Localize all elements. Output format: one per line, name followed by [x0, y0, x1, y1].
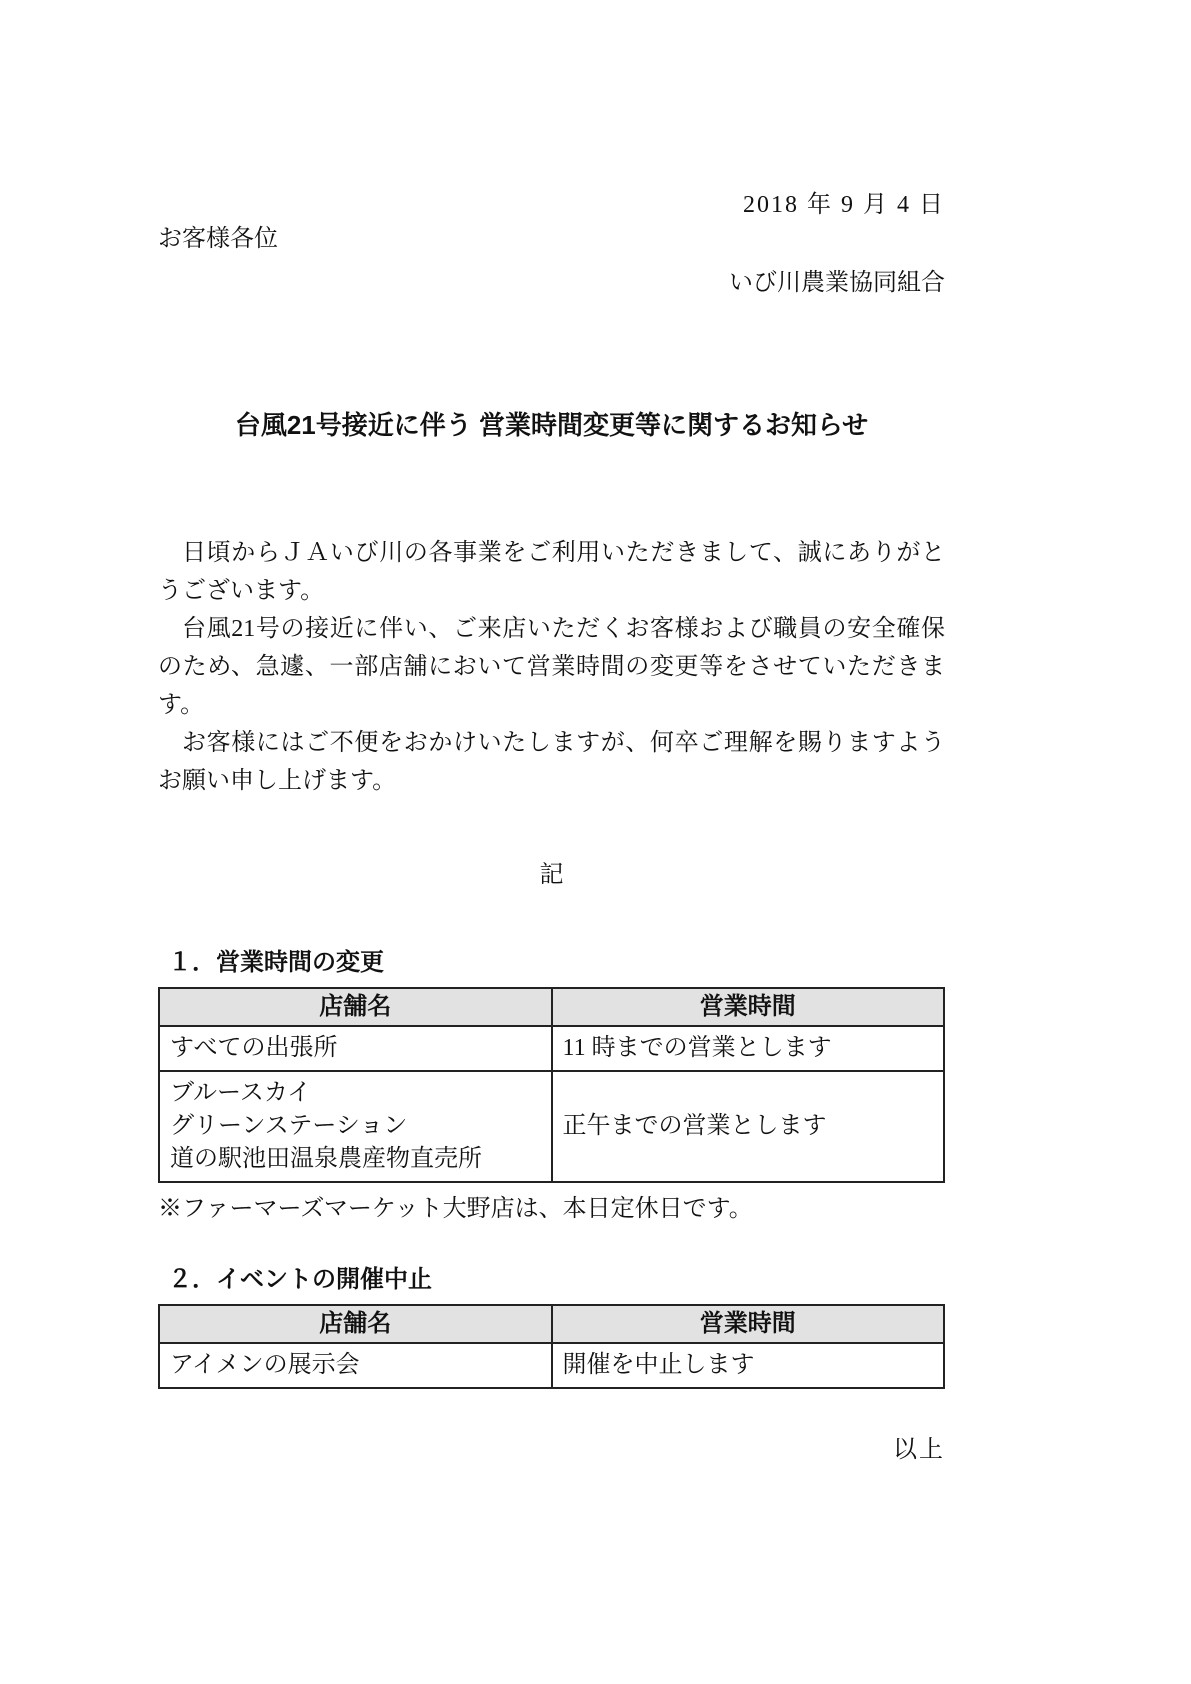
body-paragraph-1: 日頃からＪＡいび川の各事業をご利用いただきまして、誠にありがとうございます。: [158, 534, 945, 610]
body-paragraph-3: お客様にはご不便をおかけいたしますが、何卒ご理解を賜りますようお願い申し上げます…: [158, 724, 945, 800]
hours-cell: 開催を中止します: [552, 1343, 945, 1388]
column-header-store: 店舗名: [159, 1305, 552, 1343]
store-cell: ブルースカイ グリーンステーション 道の駅池田温泉農産物直売所: [159, 1071, 552, 1182]
holiday-note: ※ファーマーズマーケット大野店は、本日定休日です。: [158, 1193, 945, 1225]
hours-cell: 11 時までの営業とします: [552, 1026, 945, 1071]
section-1-heading: １．営業時間の変更: [158, 948, 945, 978]
notation-marker: 記: [158, 860, 945, 890]
table-row: アイメンの展示会 開催を中止します: [159, 1343, 944, 1388]
store-cell: すべての出張所: [159, 1026, 552, 1071]
column-header-hours: 営業時間: [552, 988, 945, 1026]
table-header-row: 店舗名 営業時間: [159, 1305, 944, 1343]
document-date: 2018 年 9 月 4 日: [158, 0, 945, 220]
document-page: 2018 年 9 月 4 日 お客様各位 いび川農業協同組合 台風21号接近に伴…: [0, 0, 1191, 1684]
body-paragraph-2: 台風21号の接近に伴い、ご来店いただくお客様および職員の安全確保のため、急遽、一…: [158, 610, 945, 724]
document-content: 2018 年 9 月 4 日 お客様各位 いび川農業協同組合 台風21号接近に伴…: [158, 0, 945, 1465]
column-header-store: 店舗名: [159, 988, 552, 1026]
sender-organization: いび川農業協同組合: [158, 268, 945, 298]
business-hours-table: 店舗名 営業時間 すべての出張所 11 時までの営業とします ブルースカイ グリ…: [158, 987, 945, 1183]
recipient: お客様各位: [158, 224, 945, 254]
body-text: 日頃からＪＡいび川の各事業をご利用いただきまして、誠にありがとうございます。 台…: [158, 534, 945, 800]
hours-cell: 正午までの営業とします: [552, 1071, 945, 1182]
event-cancellation-table: 店舗名 営業時間 アイメンの展示会 開催を中止します: [158, 1304, 945, 1389]
section-2-heading: ２．イベントの開催中止: [158, 1265, 945, 1295]
store-cell: アイメンの展示会: [159, 1343, 552, 1388]
closing-marker: 以上: [158, 1435, 945, 1465]
table-row: ブルースカイ グリーンステーション 道の駅池田温泉農産物直売所 正午までの営業と…: [159, 1071, 944, 1182]
table-row: すべての出張所 11 時までの営業とします: [159, 1026, 944, 1071]
document-title: 台風21号接近に伴う 営業時間変更等に関するお知らせ: [158, 408, 945, 442]
column-header-hours: 営業時間: [552, 1305, 945, 1343]
table-header-row: 店舗名 営業時間: [159, 988, 944, 1026]
